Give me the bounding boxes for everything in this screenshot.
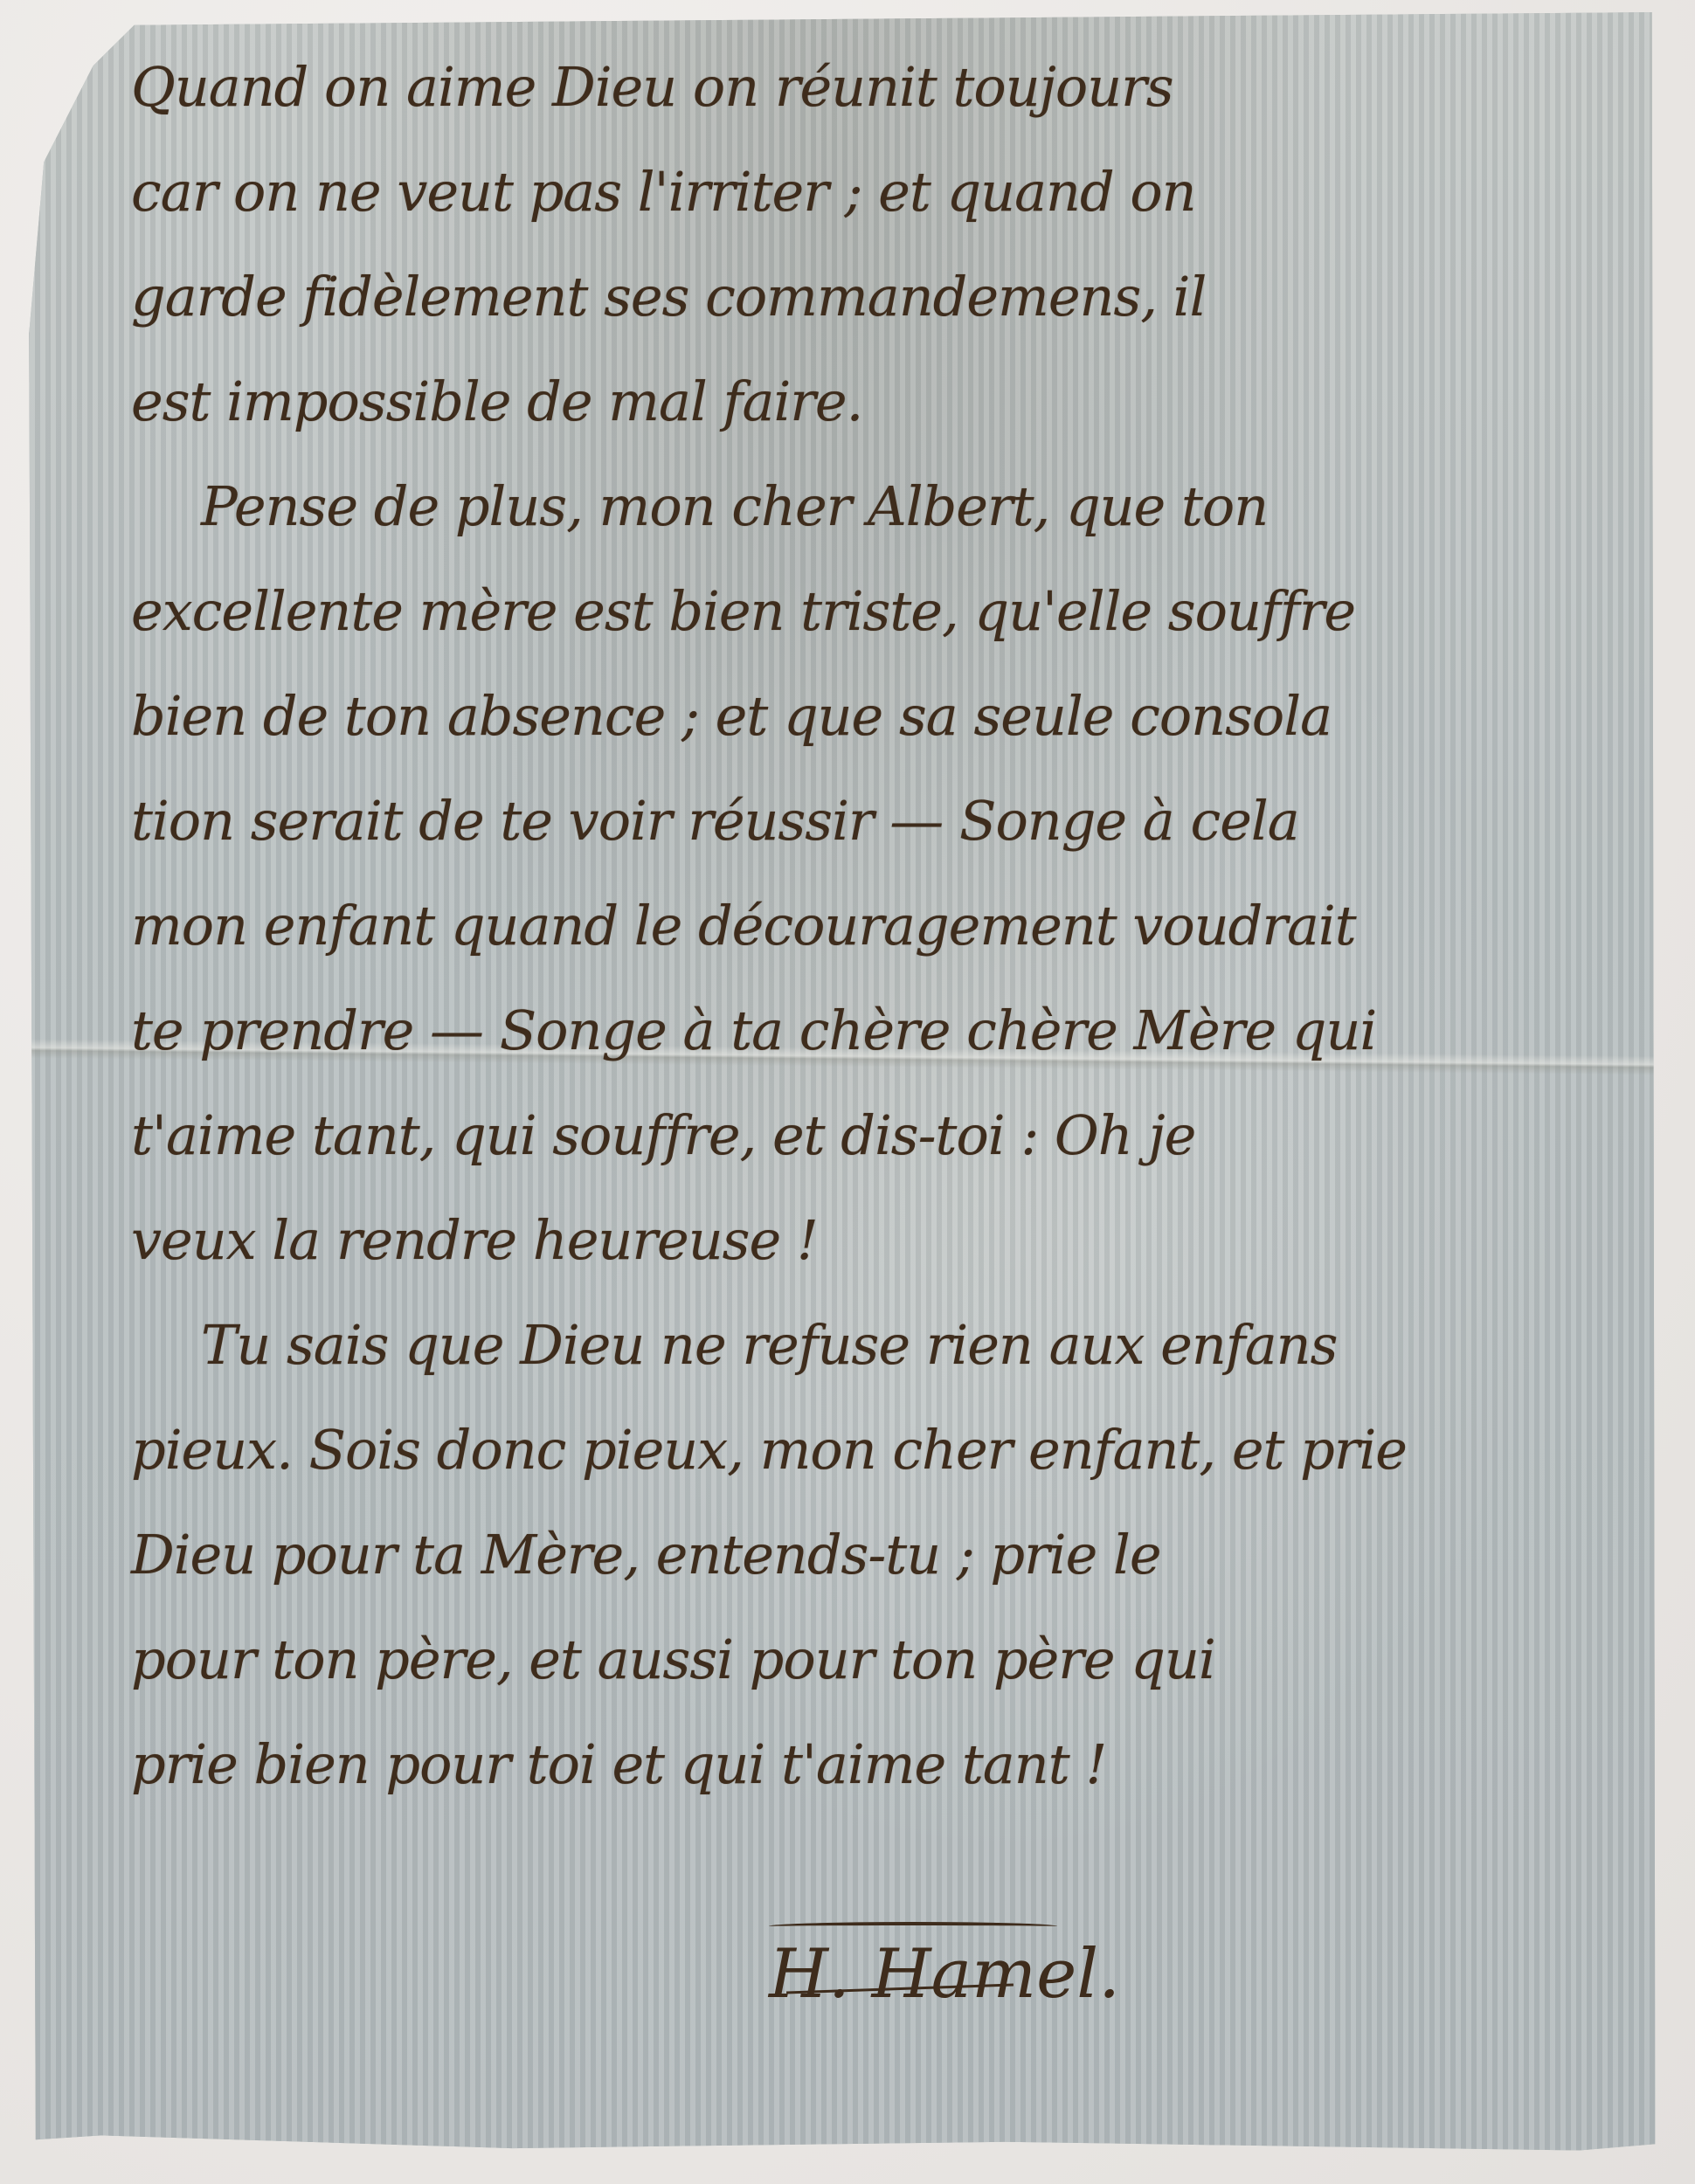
letter-line: garde fidèlement ses commandemens, il — [131, 245, 1616, 349]
letter-line: t'aime tant, qui souffre, et dis-toi : O… — [131, 1083, 1616, 1188]
letter-line: bien de ton absence ; et que sa seule co… — [131, 664, 1616, 769]
letter-line: est impossible de mal faire. — [131, 349, 1616, 454]
letter-line: Pense de plus, mon cher Albert, que ton — [131, 454, 1616, 559]
letter-line: mon enfant quand le découragement voudra… — [131, 874, 1616, 978]
letter-line: car on ne veut pas l'irriter ; et quand … — [131, 140, 1616, 245]
letter-line: te prendre — Songe à ta chère chère Mère… — [131, 978, 1616, 1083]
letter-line: excellente mère est bien triste, qu'elle… — [131, 559, 1616, 664]
letter-line: veux la rendre heureuse ! — [131, 1188, 1616, 1293]
signature-flourish — [769, 1922, 1057, 1931]
letter-line: pour ton père, et aussi pour ton père qu… — [131, 1607, 1616, 1712]
letter-line: tion serait de te voir réussir — Songe à… — [131, 769, 1616, 874]
letter-line: Tu sais que Dieu ne refuse rien aux enfa… — [131, 1293, 1616, 1398]
letter-line: Quand on aime Dieu on réunit toujours — [131, 35, 1616, 140]
signature: H. Hamel. — [769, 1935, 1120, 2014]
letter-body: Quand on aime Dieu on réunit toujours ca… — [131, 35, 1616, 1817]
letter-line: Dieu pour ta Mère, entends-tu ; prie le — [131, 1503, 1616, 1607]
letter-line: pieux. Sois donc pieux, mon cher enfant,… — [131, 1398, 1616, 1503]
letter-line: prie bien pour toi et qui t'aime tant ! — [131, 1712, 1616, 1817]
photo-background: Quand on aime Dieu on réunit toujours ca… — [0, 0, 1695, 2184]
